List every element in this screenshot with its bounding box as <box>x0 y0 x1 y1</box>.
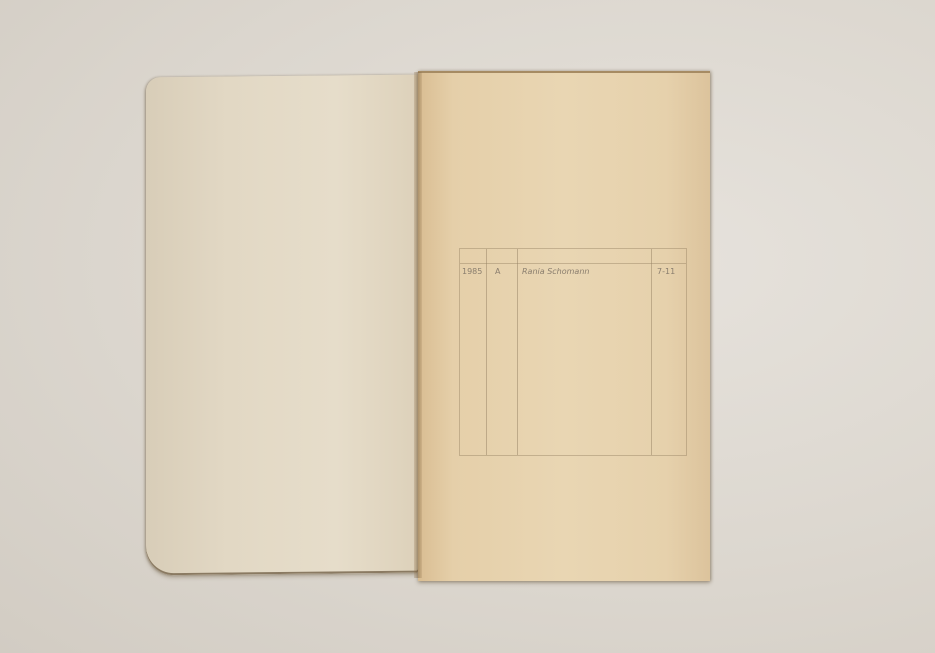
left-page-blank <box>146 75 418 576</box>
column-divider <box>651 249 652 455</box>
entry-year: 1985 <box>462 267 482 276</box>
entry-name: Rania Schomann <box>522 267 589 276</box>
entry-page: 7-11 <box>657 267 675 276</box>
open-notebook: 1985 A Rania Schomann 7-11 <box>0 0 935 653</box>
faded-printed-header <box>495 195 645 235</box>
column-divider <box>517 249 518 455</box>
ledger-table: 1985 A Rania Schomann 7-11 <box>459 248 687 456</box>
notebook-spine <box>414 72 422 578</box>
column-divider <box>486 249 487 455</box>
ledger-header-row <box>460 249 686 264</box>
entry-code: A <box>495 267 500 276</box>
